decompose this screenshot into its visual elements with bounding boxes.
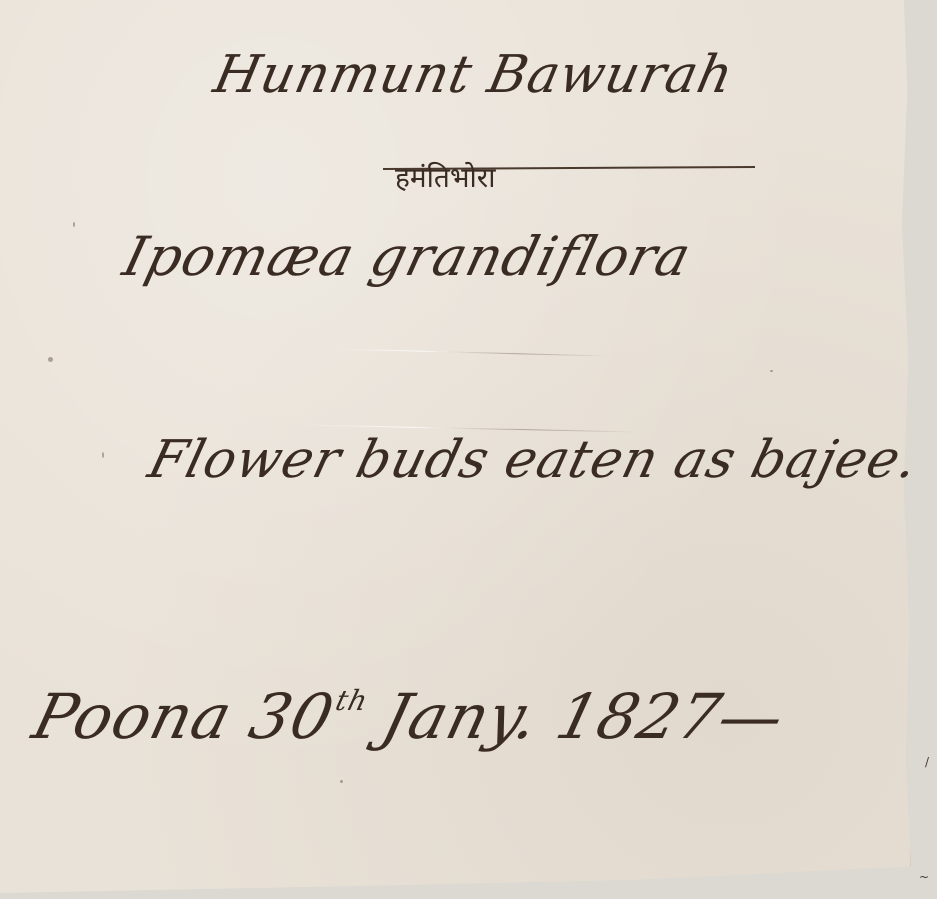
place: Poona <box>26 680 240 753</box>
vernacular-name: Hunmunt Bawurah <box>209 45 739 105</box>
ink-speck <box>48 357 53 362</box>
ink-speck <box>340 780 343 783</box>
year: 1827 <box>549 680 729 753</box>
edge-ink-mark: / <box>925 755 929 769</box>
paper-crease <box>330 348 610 356</box>
month: Jany. <box>375 680 546 753</box>
devanagari-name: हमंतिभोरा <box>395 158 495 196</box>
ink-speck <box>770 370 773 372</box>
usage-note: Flower buds eaten as bajee. <box>143 430 925 490</box>
day: 30 <box>242 680 341 753</box>
scientific-name: Ipomæa grandiflora <box>117 225 697 288</box>
ink-speck <box>102 452 104 458</box>
edge-ink-mark: ~ <box>919 870 929 884</box>
place-date: Poona 30th Jany. 1827— <box>26 680 792 753</box>
ink-speck <box>73 222 75 227</box>
day-suffix: th <box>332 684 372 717</box>
